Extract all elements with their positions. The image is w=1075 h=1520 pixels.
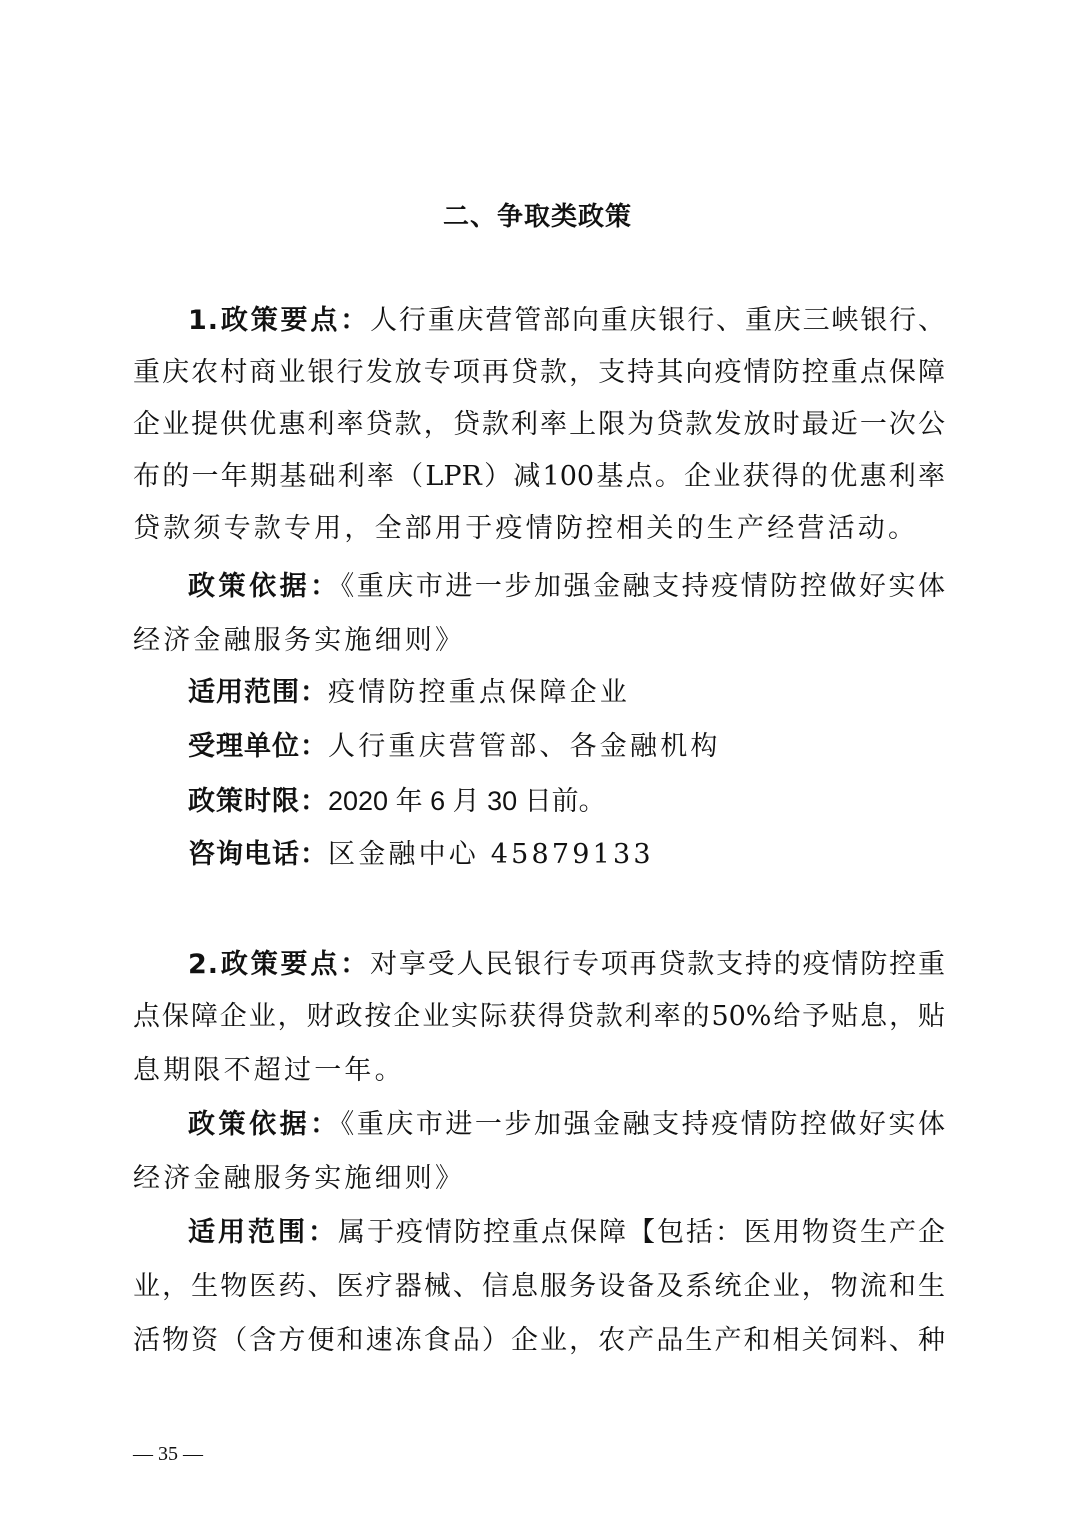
item1-key-label: 1.政策要点： bbox=[188, 305, 370, 336]
item1-key-line-3: 布的一年期基础利率（LPR）减100基点。企业获得的优惠利率 bbox=[133, 462, 945, 492]
item1-deadline-label: 政策时限： bbox=[188, 786, 328, 817]
item2-scope-label: 适用范围： bbox=[188, 1217, 338, 1248]
item2-key-line-0: 2.政策要点：对享受人民银行专项再贷款支持的疫情防控重 bbox=[188, 950, 945, 980]
item2-basis-line-0: 政策依据：《重庆市进一步加强金融支持疫情防控做好实体 bbox=[188, 1110, 945, 1140]
item2-key-label: 2.政策要点： bbox=[188, 949, 370, 980]
item1-unit-label: 受理单位： bbox=[188, 731, 328, 762]
item1-deadline: 政策时限：2020 年 6 月 30 日前。 bbox=[188, 786, 945, 817]
item1-phone: 咨询电话：区金融中心 45879133 bbox=[188, 840, 945, 870]
item1-key-line-4: 贷款须专款专用，全部用于疫情防控相关的生产经营活动。 bbox=[133, 514, 945, 544]
item2-scope-line-0: 适用范围：属于疫情防控重点保障【包括：医用物资生产企 bbox=[188, 1218, 945, 1248]
item1-basis-line-1: 经济金融服务实施细则》 bbox=[133, 626, 945, 656]
page-number: — 35 — bbox=[133, 1443, 203, 1466]
item1-phone-label: 咨询电话： bbox=[188, 839, 328, 870]
section-title: 二、争取类政策 bbox=[0, 196, 1075, 233]
item2-basis-label: 政策依据： bbox=[188, 1109, 341, 1140]
item1-key-line-0: 1.政策要点：人行重庆营管部向重庆银行、重庆三峡银行、 bbox=[188, 306, 945, 336]
item2-key-line-1: 点保障企业，财政按企业实际获得贷款利率的50%给予贴息，贴 bbox=[133, 1002, 945, 1032]
item2-scope-line-2: 活物资（含方便和速冻食品）企业，农产品生产和相关饲料、种 bbox=[133, 1326, 945, 1356]
item1-scope-label: 适用范围： bbox=[188, 677, 328, 708]
item2-scope-line-1: 业，生物医药、医疗器械、信息服务设备及系统企业，物流和生 bbox=[133, 1272, 945, 1302]
item1-basis-line-0: 政策依据：《重庆市进一步加强金融支持疫情防控做好实体 bbox=[188, 572, 945, 602]
item1-key-line-2: 企业提供优惠利率贷款，贷款利率上限为贷款发放时最近一次公 bbox=[133, 410, 945, 440]
item1-scope: 适用范围：疫情防控重点保障企业 bbox=[188, 678, 945, 708]
item1-basis-label: 政策依据： bbox=[188, 571, 341, 602]
item1-unit: 受理单位：人行重庆营管部、各金融机构 bbox=[188, 732, 945, 762]
item2-key-line-2: 息期限不超过一年。 bbox=[133, 1056, 945, 1086]
item1-key-line-1: 重庆农村商业银行发放专项再贷款，支持其向疫情防控重点保障 bbox=[133, 358, 945, 388]
item2-basis-line-1: 经济金融服务实施细则》 bbox=[133, 1164, 945, 1194]
